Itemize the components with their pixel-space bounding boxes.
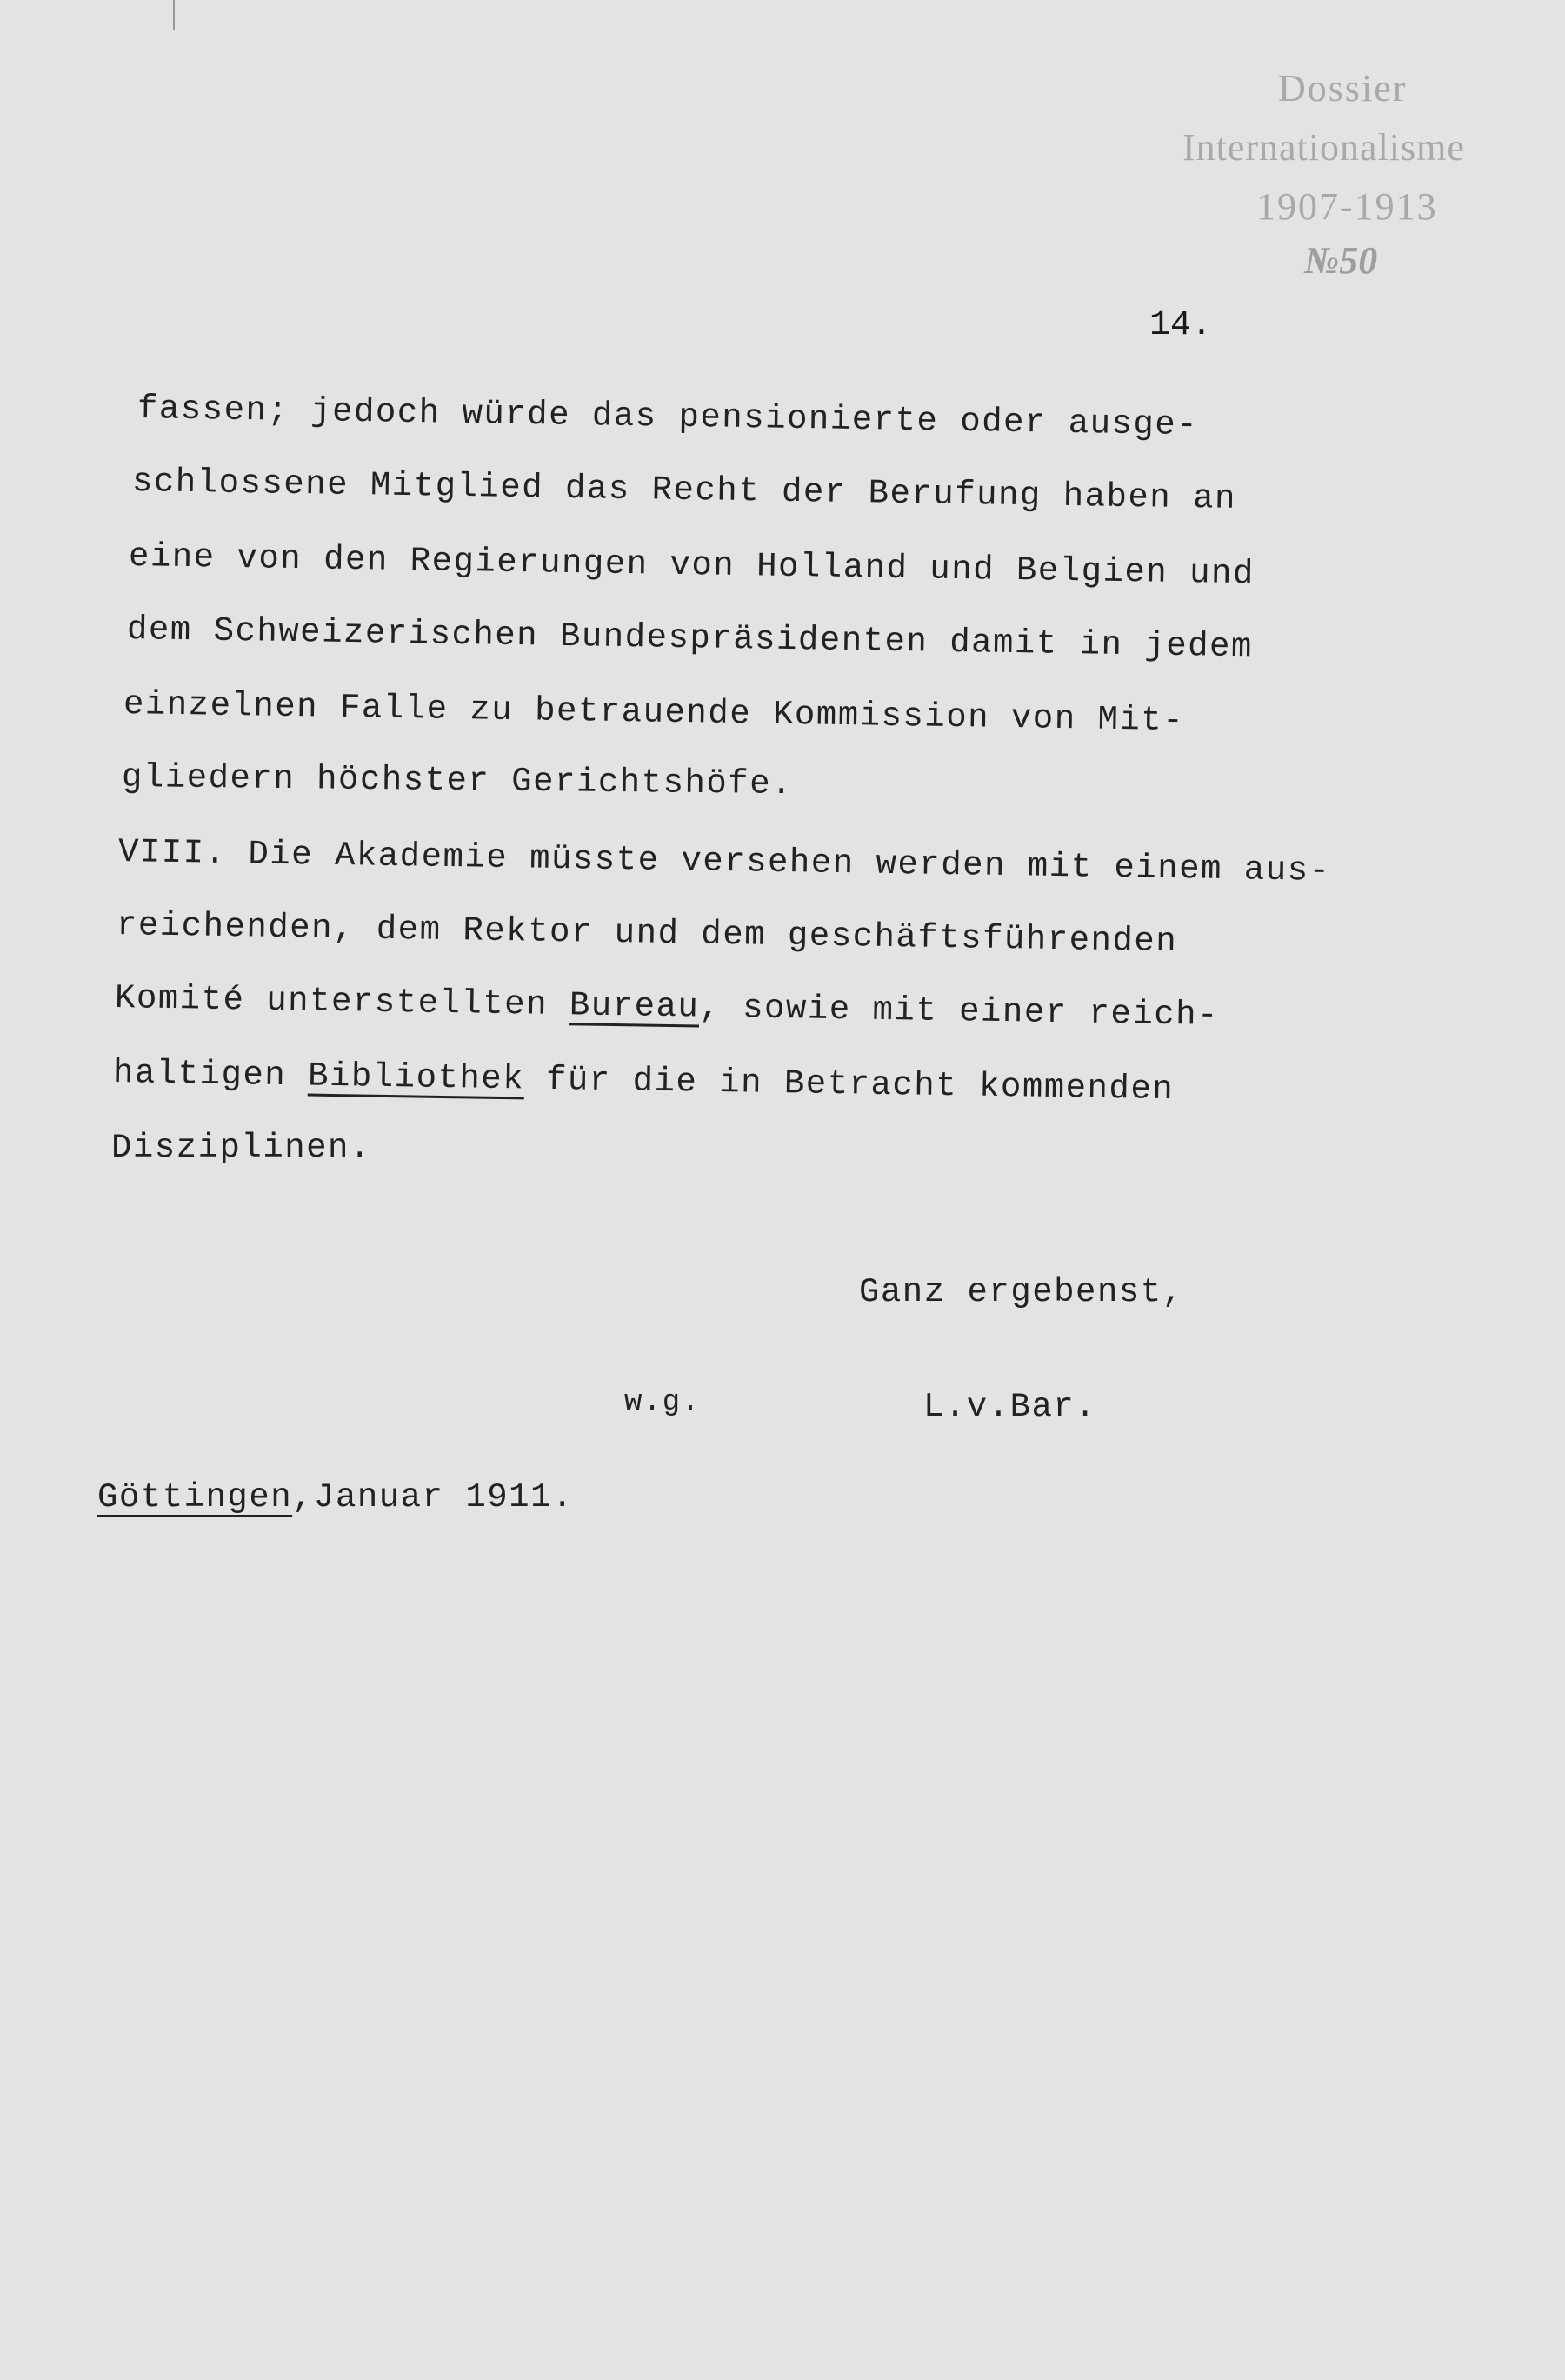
stamp-line-years: 1907-1913 bbox=[1256, 188, 1438, 226]
closing-salutation: Ganz ergebenst, bbox=[859, 1273, 1184, 1311]
signature-note: w.g. bbox=[624, 1386, 701, 1419]
scan-artifact bbox=[173, 0, 175, 30]
body-line: fassen; jedoch würde das pensionierte od… bbox=[137, 390, 1199, 444]
body-line: Disziplinen. bbox=[111, 1129, 371, 1167]
text-segment: für die in Betracht kommenden bbox=[524, 1060, 1175, 1109]
underlined-word-bibliothek: Bibliothek bbox=[308, 1057, 525, 1099]
body-line-bureau: Komité unterstellten Bureau, sowie mit e… bbox=[115, 979, 1220, 1035]
text-segment: , sowie mit einer reich- bbox=[699, 989, 1219, 1035]
stamp-line-number: №50 bbox=[1304, 242, 1377, 280]
underlined-word-bureau: Bureau bbox=[569, 986, 700, 1026]
place-underlined: Göttingen bbox=[97, 1478, 292, 1517]
scanned-page: Dossier Internationalisme 1907-1913 №50 … bbox=[0, 0, 1565, 2380]
body-line-bibliothek: haltigen Bibliothek für die in Betracht … bbox=[113, 1054, 1175, 1109]
body-line: eine von den Regierungen von Holland und… bbox=[129, 537, 1255, 593]
body-line: schlossene Mitglied das Recht der Berufu… bbox=[132, 463, 1237, 518]
text-segment: Komité unterstellten bbox=[115, 979, 570, 1024]
date-text: ,Januar 1911. bbox=[292, 1478, 574, 1517]
signature-name: L.v.Bar. bbox=[923, 1388, 1096, 1426]
body-line: VIII. Die Akademie müsste versehen werde… bbox=[118, 833, 1331, 890]
place-date: Göttingen,Januar 1911. bbox=[97, 1478, 574, 1517]
stamp-line-dossier: Dossier bbox=[1278, 70, 1407, 108]
body-line: gliedern höchster Gerichtshöfe. bbox=[122, 758, 793, 803]
body-line: einzelnen Falle zu betrauende Kommission… bbox=[123, 685, 1185, 740]
page-number: 14. bbox=[1149, 306, 1212, 345]
stamp-line-topic: Internationalisme bbox=[1182, 129, 1465, 167]
body-line: dem Schweizerischen Bundespräsidenten da… bbox=[127, 610, 1254, 666]
text-segment: haltigen bbox=[113, 1054, 309, 1096]
body-line: reichenden, dem Rektor und dem geschäfts… bbox=[117, 906, 1178, 961]
